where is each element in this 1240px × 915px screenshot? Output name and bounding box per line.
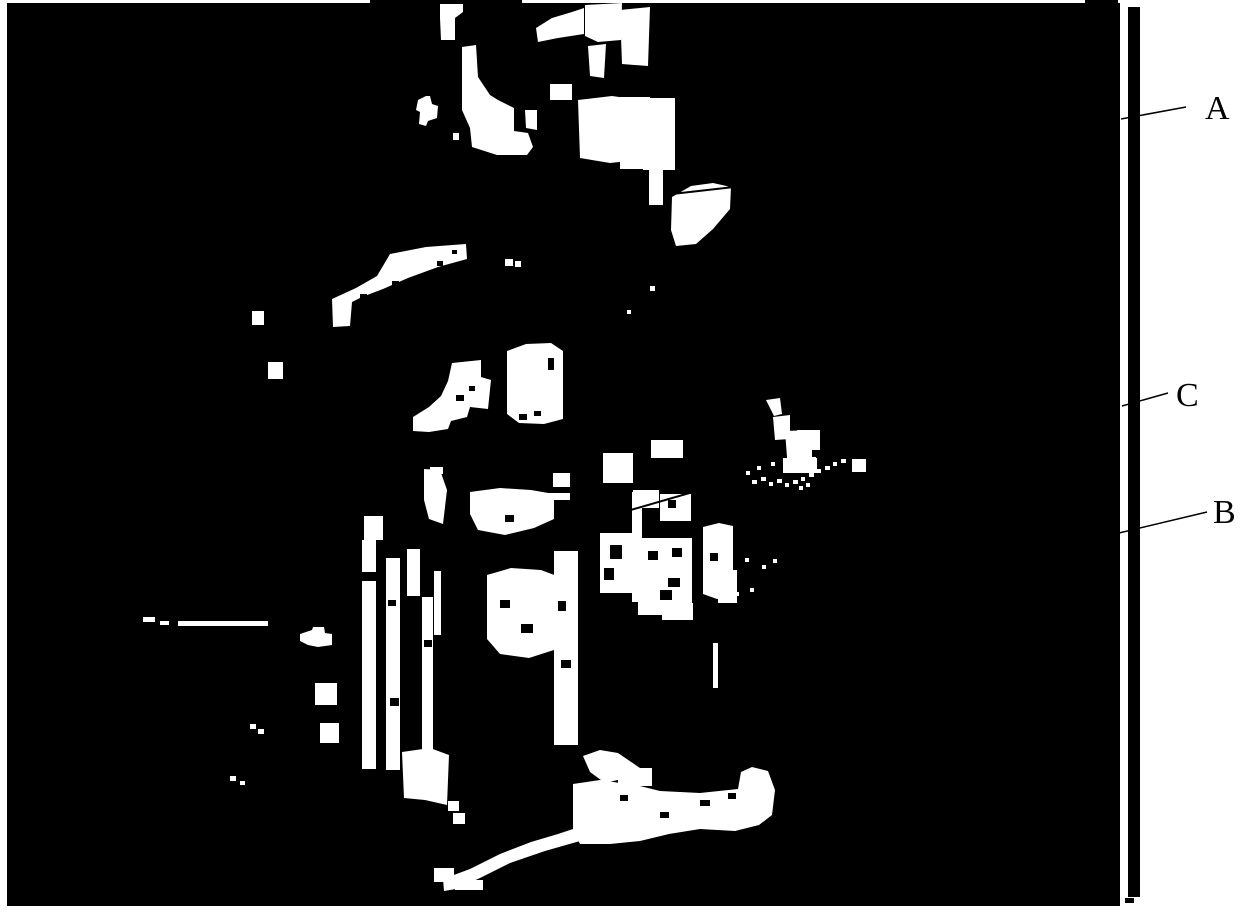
annotation-strip-bar (1125, 7, 1140, 903)
photo-image (7, 0, 1120, 906)
annotated-photo-figure (0, 0, 1240, 915)
reference-label-b: B (1213, 496, 1236, 530)
figure-canvas: A C B (0, 0, 1240, 915)
reference-label-c: C (1176, 379, 1199, 413)
reference-label-a: A (1205, 92, 1230, 126)
